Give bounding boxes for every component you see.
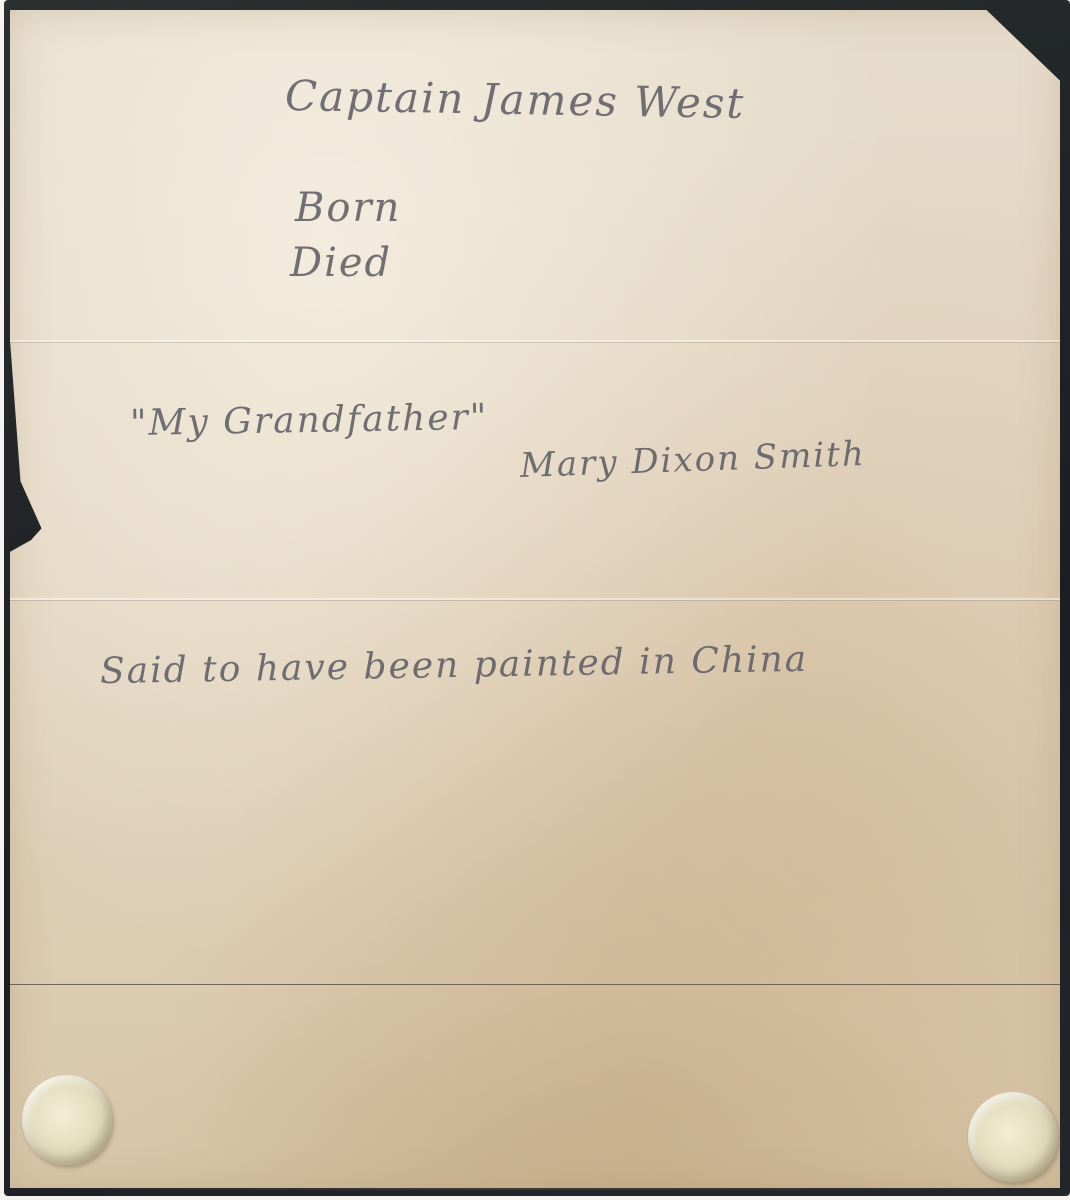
quote-line: "My Grandfather" bbox=[130, 397, 489, 444]
title-line: Captain James West bbox=[285, 71, 746, 128]
fold-line bbox=[10, 984, 1060, 985]
fold-line bbox=[10, 598, 1060, 600]
born-label: Born bbox=[295, 185, 401, 231]
fold-line bbox=[10, 340, 1060, 342]
felt-bumper-right bbox=[968, 1092, 1058, 1182]
felt-bumper-left bbox=[22, 1075, 112, 1165]
died-label: Died bbox=[290, 240, 392, 286]
